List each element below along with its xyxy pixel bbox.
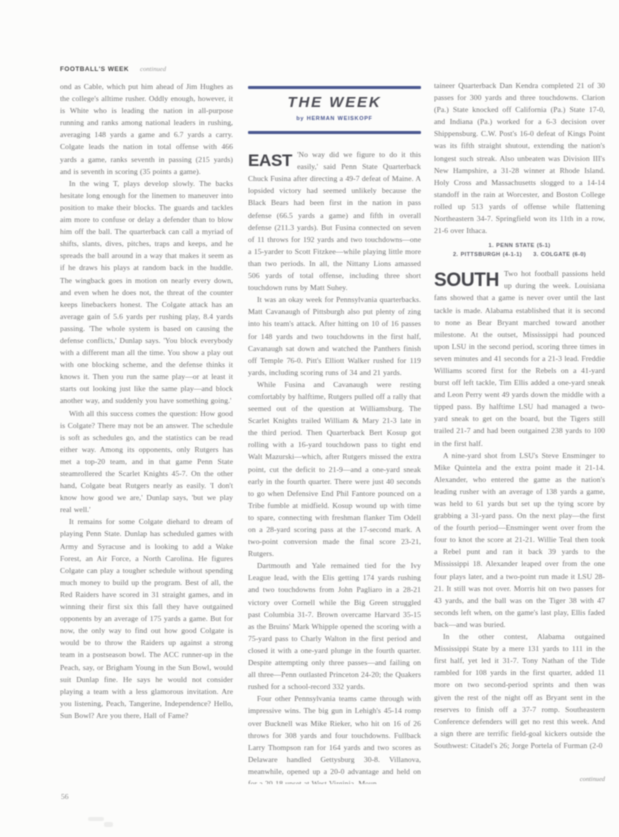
masthead-rule-bottom xyxy=(248,131,421,134)
ranking-line: 2. PITTSBURGH (4-1-1) 3. COLGATE (6-0) xyxy=(434,251,605,260)
paragraph: It was an okay week for Pennsylvania qua… xyxy=(248,294,421,379)
scan-artifact xyxy=(104,822,113,827)
section-heading-east: EAST xyxy=(248,150,292,171)
running-header-continued: continued xyxy=(140,66,166,73)
paragraph-text: 'No way did we figure to do it this easi… xyxy=(248,150,421,292)
masthead-rule-top xyxy=(248,86,421,89)
section-lead-south: SOUTHTwo hot football passions held up d… xyxy=(434,268,605,449)
column-left: ond as Cable, which put him ahead of Jim… xyxy=(60,81,233,783)
section-heading-south: SOUTH xyxy=(434,269,499,292)
column-right: taineer Quarterback Dan Kendra completed… xyxy=(434,80,605,781)
magazine-page: FOOTBALL'S WEEK continued ond as Cable, … xyxy=(0,0,619,837)
paragraph: Dartmouth and Yale remained tied for the… xyxy=(248,560,421,693)
scan-artifact xyxy=(88,817,104,821)
byline: by HERMAN WEISKOPF xyxy=(248,113,421,125)
paragraph: In the other contest, Alabama outgained … xyxy=(434,631,605,752)
scanned-content: FOOTBALL'S WEEK continued ond as Cable, … xyxy=(0,0,619,837)
paragraph: A nine-yard shot from LSU's Steve Ensmin… xyxy=(434,450,605,631)
paragraph: ond as Cable, which put him ahead of Jim… xyxy=(60,81,233,178)
ranking-line: 1. PENN STATE (5-1) xyxy=(434,242,605,251)
paragraph: In the wing T, plays develop slowly. The… xyxy=(60,178,233,408)
paragraph: While Fusina and Cavanaugh were resting … xyxy=(248,379,421,560)
paragraph-text: Two hot football passions held up during… xyxy=(434,269,605,447)
continued-label: continued xyxy=(434,776,605,783)
running-header: FOOTBALL'S WEEK continued xyxy=(60,58,166,76)
page-number: 56 xyxy=(61,792,69,801)
paragraph: With all this success comes the question… xyxy=(60,408,233,517)
column-title: THE WEEK xyxy=(248,95,421,111)
paragraph: taineer Quarterback Dan Kendra completed… xyxy=(434,80,605,237)
running-header-title: FOOTBALL'S WEEK xyxy=(60,66,129,73)
section-lead-east: EAST'No way did we figure to do it this … xyxy=(248,149,421,294)
paragraph: Four other Pennsylvania teams came throu… xyxy=(248,693,421,784)
column-middle: THE WEEK by HERMAN WEISKOPF EAST'No way … xyxy=(248,86,421,784)
top-three-rankings: 1. PENN STATE (5-1) 2. PITTSBURGH (4-1-1… xyxy=(434,242,605,259)
paragraph: It remains for some Colgate diehard to d… xyxy=(60,516,233,722)
